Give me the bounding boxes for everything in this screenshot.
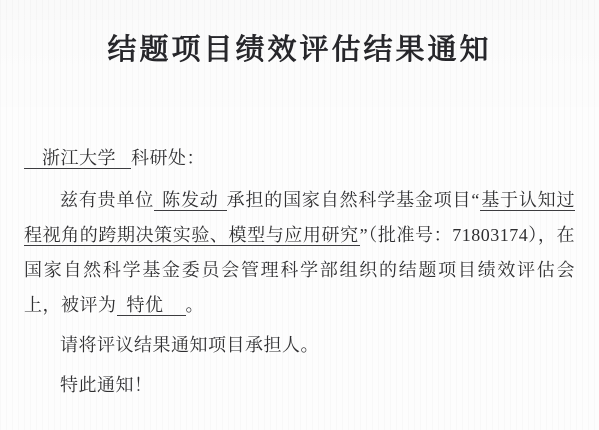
document-page: 结题项目绩效评估结果通知 浙江大学科研处： 兹有贵单位陈发动承担的国家自然科学基… [0, 0, 599, 430]
paragraph-segment-project-lead-in: 承担的国家自然科学基金项目“ [227, 190, 480, 210]
evaluation-rating-underlined: 特优 [117, 295, 186, 316]
paragraph-segment-intro: 兹有贵单位 [60, 190, 154, 210]
notify-line: 请将评议结果通知项目承担人。 [24, 328, 575, 363]
paragraph-segment-period: 。 [186, 295, 205, 315]
salutation-suffix: 科研处： [131, 148, 205, 168]
document-title: 结题项目绩效评估结果通知 [0, 30, 599, 70]
recipient-name-underlined: 浙江大学 [24, 148, 131, 169]
closing-line: 特此通知！ [24, 368, 575, 403]
main-paragraph: 兹有贵单位陈发动承担的国家自然科学基金项目“基于认知过程视角的跨期决策实验、模型… [24, 183, 575, 323]
salutation-line: 浙江大学科研处： [24, 141, 575, 176]
grantee-name-underlined: 陈发动 [154, 190, 226, 211]
letter-body: 浙江大学科研处： 兹有贵单位陈发动承担的国家自然科学基金项目“基于认知过程视角的… [0, 141, 599, 403]
